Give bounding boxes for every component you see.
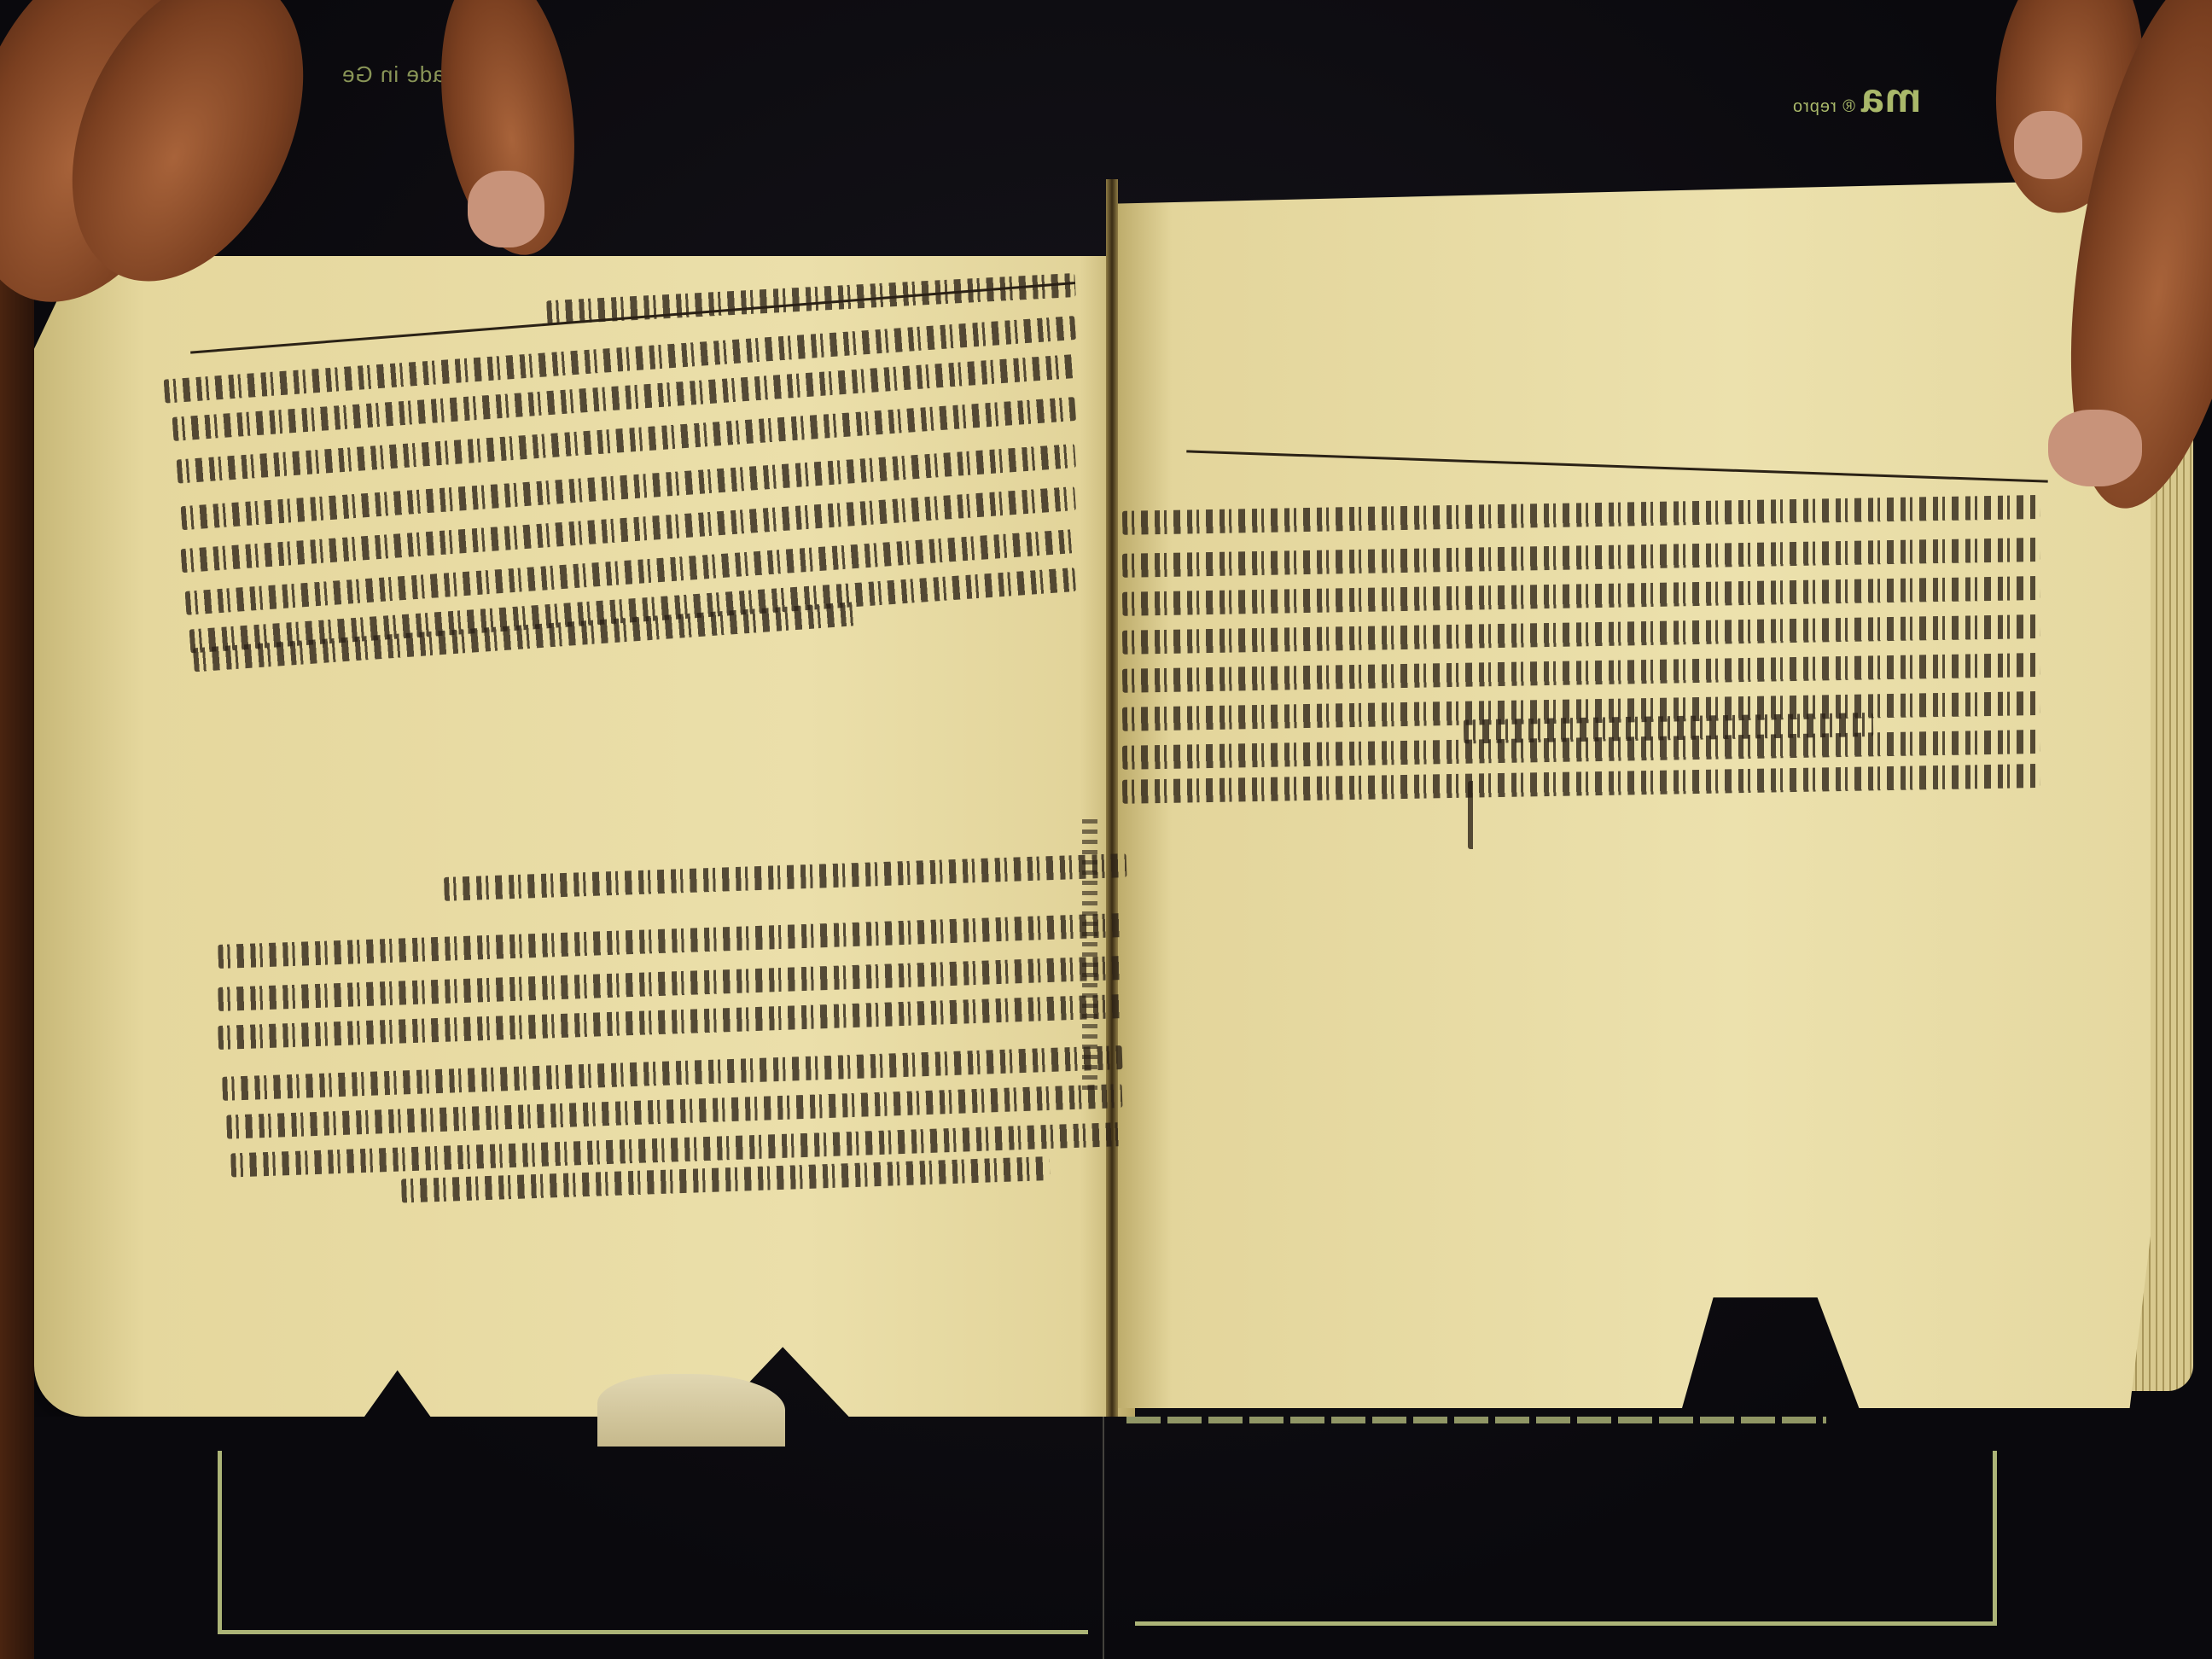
book-gutter <box>1106 179 1118 1417</box>
torn-paper-patch <box>597 1374 785 1447</box>
fingernail <box>2048 410 2142 486</box>
mat-frame-left <box>218 1451 1088 1634</box>
wooden-table-edge <box>0 94 34 1659</box>
thumbnail <box>468 171 544 247</box>
marginal-note <box>1082 819 1097 1092</box>
mat-frame-right <box>1135 1451 1997 1626</box>
mat-brand-label: ma® repro <box>1792 75 1921 122</box>
mat-dashed-stripe <box>1126 1417 1826 1423</box>
fingernail <box>2014 111 2082 179</box>
mat-brand-name: ma <box>1860 76 1921 121</box>
mat-brand-suffix: ® repro <box>1792 97 1855 116</box>
script-line <box>1468 781 1476 849</box>
